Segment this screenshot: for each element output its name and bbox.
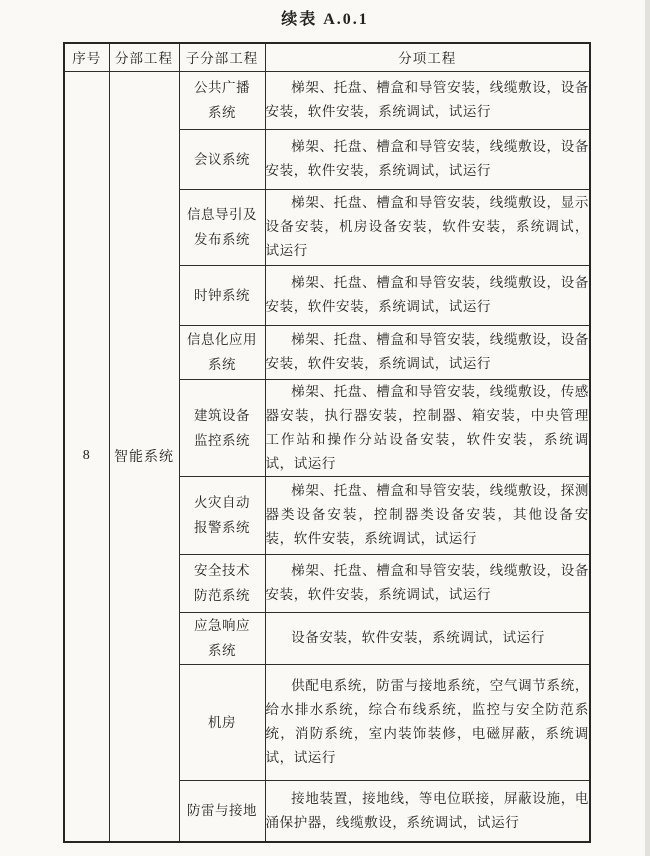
sub-project-cell: 火灾自动 报警系统 [179, 476, 265, 554]
sub-project-cell: 公共广播 系统 [179, 71, 265, 129]
items-cell: 梯架、托盘、槽盒和导管安装，线缆敷设，设备安装，软件安装，系统调试，试运行 [265, 325, 590, 379]
items-cell: 梯架、托盘、槽盒和导管安装，线缆敷设，传感器安装，执行器安装，控制器、箱安装，中… [265, 379, 590, 476]
items-cell: 梯架、托盘、槽盒和导管安装，线缆敷设，设备安装，软件安装，系统调试，试运行 [265, 71, 590, 129]
table-row: 8 智能系统 公共广播 系统 梯架、托盘、槽盒和导管安装，线缆敷设，设备安装，软… [64, 71, 590, 129]
header-division-work: 分部工程 [109, 43, 179, 71]
sub-project-cell: 信息导引及 发布系统 [179, 189, 265, 265]
items-cell: 供配电系统，防雷与接地系统，空气调节系统，给水排水系统，综合布线系统，监控与安全… [265, 664, 590, 780]
items-cell: 设备安装，软件安装，系统调试，试运行 [265, 612, 590, 664]
items-cell: 梯架、托盘、槽盒和导管安装，线缆敷设，设备安装，软件安装，系统调试，试运行 [265, 265, 590, 325]
sub-project-cell: 安全技术 防范系统 [179, 554, 265, 612]
serial-no-cell: 8 [64, 71, 109, 842]
table-title: 续表 A.0.1 [0, 6, 650, 29]
items-cell: 梯架、托盘、槽盒和导管安装，线缆敷设，探测器类设备安装，控制器类设备安装，其他设… [265, 476, 590, 554]
header-sub-division-work: 子分部工程 [179, 43, 265, 71]
items-cell: 接地装置，接地线，等电位联接，屏蔽设施，电涌保护器，线缆敷设，系统调试，试运行 [265, 780, 590, 842]
spec-table: 序号 分部工程 子分部工程 分项工程 8 智能系统 公共广播 系统 梯架、托盘、… [63, 42, 591, 843]
header-serial-no: 序号 [64, 43, 109, 71]
items-cell: 梯架、托盘、槽盒和导管安装，线缆敷设，设备安装，软件安装，系统调试，试运行 [265, 554, 590, 612]
items-cell: 梯架、托盘、槽盒和导管安装，线缆敷设，显示设备安装，机房设备安装，软件安装，系统… [265, 189, 590, 265]
scan-edge [645, 0, 650, 856]
document-page: 续表 A.0.1 序号 分部工程 子分部工程 分项工程 8 智能系统 公共广播 … [0, 0, 650, 856]
sub-project-cell: 会议系统 [179, 129, 265, 189]
sub-project-cell: 建筑设备 监控系统 [179, 379, 265, 476]
items-cell: 梯架、托盘、槽盒和导管安装，线缆敷设，设备安装，软件安装，系统调试，试运行 [265, 129, 590, 189]
sub-project-cell: 应急响应 系统 [179, 612, 265, 664]
sub-project-cell: 机房 [179, 664, 265, 780]
header-row: 序号 分部工程 子分部工程 分项工程 [64, 43, 590, 71]
sub-project-cell: 信息化应用 系统 [179, 325, 265, 379]
division-cell: 智能系统 [109, 71, 179, 842]
sub-project-cell: 时钟系统 [179, 265, 265, 325]
header-item-work: 分项工程 [265, 43, 590, 71]
sub-project-cell: 防雷与接地 [179, 780, 265, 842]
